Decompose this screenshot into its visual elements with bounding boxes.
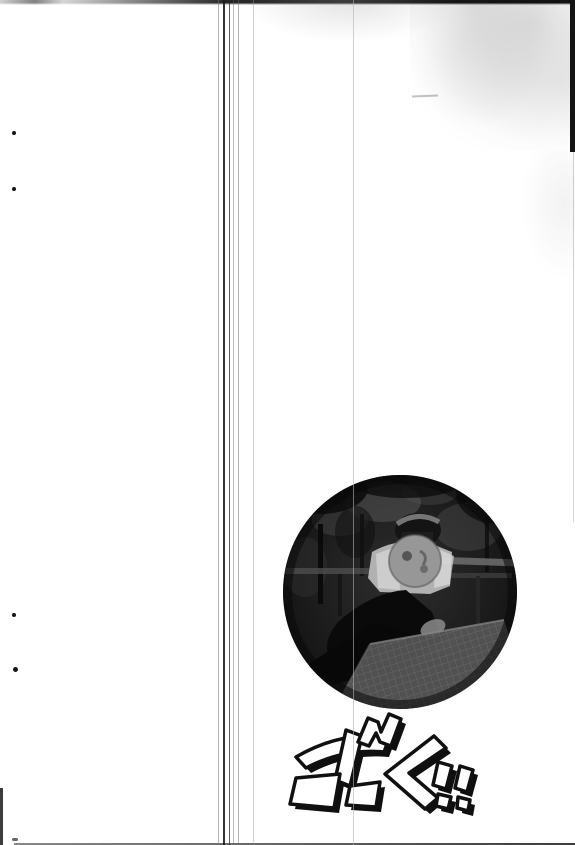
scanned-page xyxy=(0,0,575,845)
left-edge-ink-mark xyxy=(12,838,18,841)
top-edge-scan-bar xyxy=(0,0,575,5)
buku-logo-svg xyxy=(288,702,484,817)
pencil-dash-mark xyxy=(412,95,438,98)
fold-line xyxy=(218,0,219,845)
ink-dot xyxy=(12,131,16,135)
photo-svg xyxy=(280,472,520,712)
ink-dot xyxy=(12,613,16,617)
right-edge-scan-strip xyxy=(570,0,575,152)
fold-line xyxy=(253,0,254,845)
fold-line xyxy=(233,0,234,845)
scan-noise-top-right xyxy=(410,0,575,150)
left-edge-scan-strip xyxy=(0,788,3,845)
circular-photo-mascot-on-bench xyxy=(280,472,520,712)
ink-dot xyxy=(12,187,16,191)
fold-line xyxy=(229,0,230,845)
scan-noise-top-middle xyxy=(250,0,450,40)
scan-noise-right xyxy=(520,150,575,280)
buku-logo xyxy=(288,702,484,817)
right-edge-faint-line xyxy=(573,152,574,522)
ink-dot xyxy=(13,667,18,672)
fold-line xyxy=(238,0,239,845)
fold-line xyxy=(353,0,354,845)
fold-line xyxy=(223,0,225,845)
